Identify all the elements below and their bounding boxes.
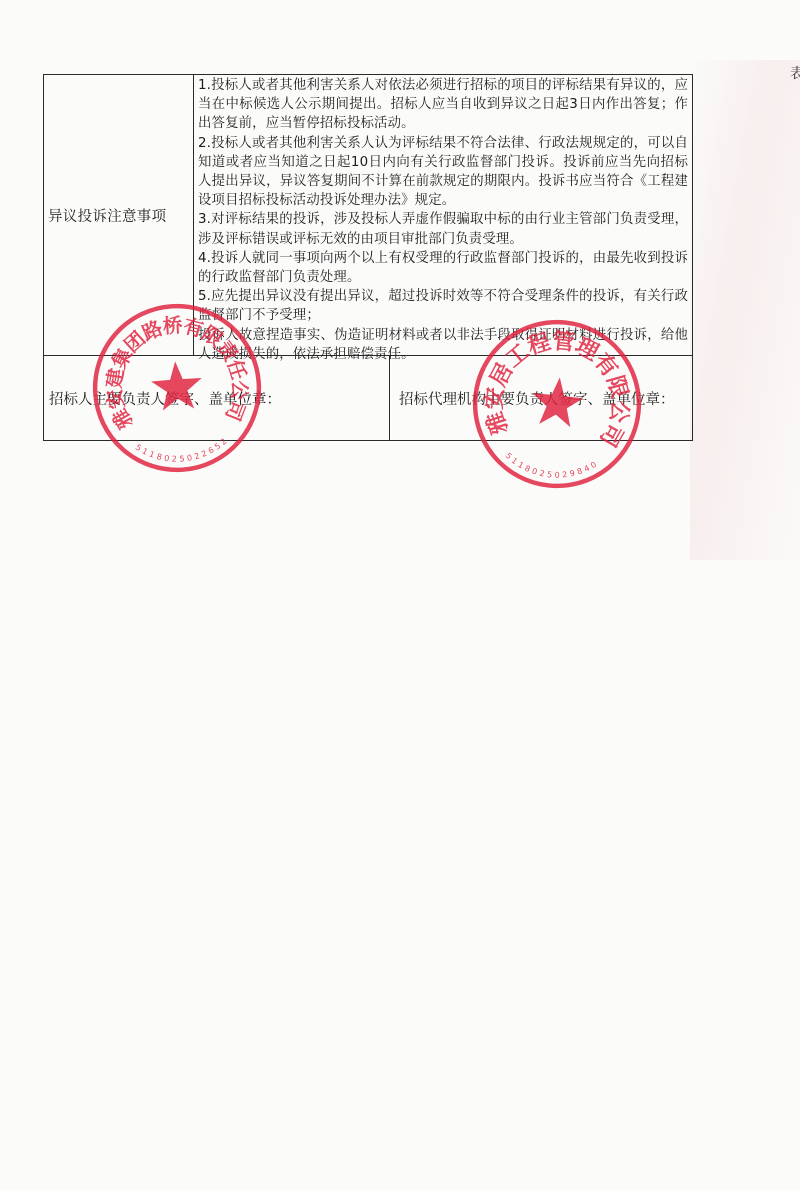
tenderer-signature-field: 招标人主要负责人签字、盖单位章： (44, 356, 390, 440)
signature-row: 招标人主要负责人签字、盖单位章： 招标代理机构主要负责人签字、盖单位章： (44, 356, 692, 440)
svg-text:6: 6 (207, 445, 216, 455)
svg-text:0: 0 (186, 453, 193, 463)
svg-text:0: 0 (555, 471, 560, 480)
svg-text:4: 4 (583, 463, 591, 473)
svg-text:0: 0 (531, 467, 539, 477)
svg-text:0: 0 (164, 454, 170, 464)
svg-text:2: 2 (193, 451, 200, 461)
clause-2: 2.投标人或者其他利害关系人认为评标结果不符合法律、行政法规规定的，可以自知道或… (198, 134, 688, 211)
svg-text:5: 5 (179, 454, 185, 463)
svg-text:8: 8 (576, 466, 584, 476)
svg-text:1: 1 (148, 450, 156, 460)
svg-text:8: 8 (156, 452, 163, 462)
notice-table: 异议投诉注意事项 1.投标人或者其他利害关系人对依法必须进行招标的项目的评标结果… (43, 74, 693, 441)
svg-text:1: 1 (141, 446, 150, 456)
svg-text:2: 2 (539, 469, 546, 479)
row-label: 异议投诉注意事项 (44, 75, 194, 355)
clause-1: 1.投标人或者其他利害关系人对依法必须进行招标的项目的评标结果有异议的，应当在中… (198, 76, 688, 134)
svg-text:1: 1 (510, 456, 519, 466)
svg-text:2: 2 (562, 470, 568, 480)
clause-4: 4.投诉人就同一事项向两个以上有权受理的行政监督部门投诉的，由最先收到投诉的行政… (198, 249, 688, 287)
clause-3: 3.对评标结果的投诉，涉及投标人弄虚作假骗取中标的由行业主管部门负责受理，涉及评… (198, 210, 688, 248)
svg-text:5: 5 (504, 451, 514, 461)
svg-text:5: 5 (134, 443, 143, 453)
svg-text:2: 2 (200, 449, 208, 459)
paper-shading (690, 60, 800, 560)
objection-row: 异议投诉注意事项 1.投标人或者其他利害关系人对依法必须进行招标的项目的评标结果… (44, 75, 692, 356)
agency-signature-field: 招标代理机构主要负责人签字、盖单位章： (390, 356, 692, 440)
svg-text:1: 1 (516, 460, 525, 470)
svg-text:9: 9 (569, 469, 576, 479)
svg-text:5: 5 (547, 470, 553, 479)
objection-content: 1.投标人或者其他利害关系人对依法必须进行招标的项目的评标结果有异议的，应当在中… (194, 75, 692, 355)
page-mark: 表 (790, 63, 800, 83)
svg-text:5: 5 (213, 441, 222, 451)
clause-5: 5.应先提出异议没有提出异议，超过投诉时效等不符合受理条件的投诉，有关行政监督部… (198, 287, 688, 325)
svg-text:0: 0 (589, 460, 598, 470)
svg-text:2: 2 (172, 455, 177, 464)
svg-text:8: 8 (523, 464, 531, 474)
